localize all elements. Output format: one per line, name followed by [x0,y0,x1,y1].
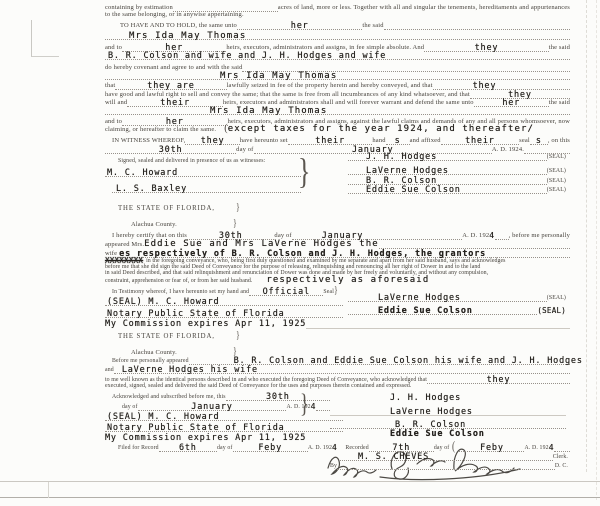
printed-text: day of [236,146,253,154]
document-line: Eddie Sue Colson(SEAL) [348,185,566,194]
form-field-filled: Official [249,286,323,296]
typed-entry: B. R. Colson and wife and J. H. Hodges a… [108,52,386,61]
typed-entry: Eddie Sue Colson [366,186,461,195]
printed-text: (SEAL) [547,167,566,175]
document-line: ByD. C. [330,461,568,470]
document-line: L. S. Baxley [112,184,301,193]
brace-mark: } [334,284,338,296]
printed-text: A. D. 192 [308,444,332,452]
document-line: LaVerne Hodges(SEAL) [348,166,566,175]
form-field-filled: January [138,401,287,411]
form-field-filled: LaVerne Hodges his wife [114,364,570,374]
typed-entry: 6th [179,444,197,453]
printed-text: In Testimony whereof, I have hereunto se… [112,288,249,296]
next-page-top-edge [0,497,600,498]
typed-entry: Mrs Ida May Thomas [210,107,327,116]
form-field-filled: 30th [105,144,236,154]
printed-text: that [105,82,115,90]
printed-text: to the same belonging, or in anywise app… [105,11,244,19]
document-line: M. C. Howard [105,168,301,177]
spacer [252,284,266,285]
typed-entry: except taxes for the year 1924, and ther… [228,125,534,134]
typed-entry: (SEAL) M. C. Howard [107,413,219,422]
document-line: to the same belonging, or in anywise app… [105,10,570,19]
document-line: LaVerne Hodges(SEAL) [348,293,566,302]
form-field-filled: Eddie Sue Colson [348,305,537,315]
document-line: Mrs Ida May Thomas [105,31,570,40]
printed-text: claiming, or hereafter to claim the same… [105,126,216,134]
typed-entry: Notary Public State of Florida [107,310,285,319]
form-field-filled: Eddie Sue Colson [348,184,547,194]
typed-entry: LaVerne Hodges [390,408,473,417]
typed-entry: J. H. Hodges [390,394,461,403]
form-field-filled: LaVerne Hodges [348,292,547,302]
typed-entry: Mrs Ida May Thomas [129,32,246,41]
document-line: (SEAL) M. C. Howard [105,297,343,306]
document-line: Eddie Sue Colson(SEAL) [348,306,566,315]
printed-text: (SEAL) [547,186,566,194]
document-line: TO HAVE AND TO HOLD, the same untoherthe… [120,21,570,30]
printed-text: lawfully seized in fee of the property h… [227,82,433,90]
next-page-left-edge [48,482,49,498]
printed-text: (SEAL) [547,177,566,185]
typed-entry: Notary Public State of Florida [107,424,285,433]
form-field-filled: Notary Public State of Florida [105,422,343,432]
printed-text: THE STATE OF FLORIDA, [118,333,215,341]
form-field-filled: Mrs Ida May Thomas [105,105,570,115]
brace-mark: } [233,217,237,229]
printed-text: THE STATE OF FLORIDA, [118,205,215,213]
form-field-filled: 30th [226,391,330,401]
form-field-filled: Mrs Ida May Thomas [105,70,570,80]
typed-entry: Feby [258,444,282,453]
printed-text: (SEAL) [547,294,566,302]
document-line: executed, signed, sealed and delivered t… [105,383,570,390]
printed-text: Filed for Record [118,444,159,452]
document-line: claiming, or hereafter to claim the same… [105,125,570,134]
deed-document-page: containing by estimationacres of land, m… [0,0,600,506]
printed-text: Seal [323,288,334,296]
form-field-filled: 6th [159,442,217,452]
brace-mark: } [298,152,310,190]
brace-mark: ( [452,439,455,453]
document-line: THE STATE OF FLORIDA, [118,204,570,213]
form-field-filled: Mrs Ida May Thomas [105,30,570,40]
printed-text: day of [122,403,138,411]
printed-text: Signed, sealed and delivered in presence… [118,157,265,165]
printed-text: Alachua County. [131,221,177,229]
printed-text: executed, signed, sealed and delivered t… [105,382,411,390]
typed-entry: L. S. Baxley [116,185,187,194]
form-field-filled: Notary Public State of Florida [105,308,343,318]
brace-mark: } [236,201,240,213]
dotted-leader [554,442,570,452]
document-line: Acknowledged and subscribed before me, t… [112,392,330,401]
form-field-filled: B. R. Colson [330,419,566,429]
typed-entry: LaVerne Hodges his wife [122,366,258,375]
form-field-filled: Feby [233,442,308,452]
typed-entry: LaVerne Hodges [378,294,461,303]
printed-text: the said [362,22,383,30]
document-line: J. H. Hodges [390,394,570,403]
typed-entry: M. C. Howard [107,169,178,178]
form-field-filled: her [237,20,362,30]
printed-text: day of [217,444,233,452]
typed-entry: My Commission expires Apr 11, 1925 [105,320,306,329]
document-line: Mrs Ida May Thomas [105,106,570,115]
printed-text: (SEAL) [547,153,566,161]
form-field-filled: B. R. Colson and wife and J. H. Hodges a… [105,50,570,60]
typed-entry: 30th [159,146,183,155]
form-field-filled: M. C. Howard [105,167,301,177]
document-line: Notary Public State of Florida [105,423,343,432]
document-line: THE STATE OF FLORIDA, [118,332,570,341]
dotted-leader [306,319,570,329]
document-line: Signed, sealed and delivered in presence… [118,156,294,165]
printed-text: Acknowledged and subscribed before me, t… [112,393,226,401]
dotted-leader [337,460,555,470]
document-line: J. H. Hodges(SEAL) [348,152,566,161]
typed-entry: respectively as aforesaid [266,276,429,285]
printed-text: Clerk. [553,453,568,461]
printed-text: TO HAVE AND TO HOLD, the same unto [120,22,237,30]
document-line: Mrs Ida May Thomas [105,71,570,80]
dotted-leader [316,401,330,411]
typed-entry: Mrs Ida May Thomas [220,72,337,81]
dotted-leader [384,20,570,30]
document-line: My Commission expires Apr 11, 1925 [105,320,570,329]
document-line: andLaVerne Hodges his wife [105,365,570,374]
document-line: Alachua County. [131,220,570,229]
typed-entry: (SEAL) M. C. Howard [107,298,219,307]
document-line: LaVerne Hodges [330,407,566,416]
document-line: day ofJanuaryA. D. 1924 [122,402,330,411]
document-line: B. R. Colson and wife and J. H. Hodges a… [105,51,570,60]
scan-edge-dashes-right [586,0,587,472]
brace-mark: } [236,329,240,341]
form-field-filled: LaVerne Hodges [330,406,566,416]
spacer [216,133,224,134]
brace-mark: } [233,345,237,357]
brace-mark: } [300,390,309,417]
form-field-filled: J. H. Hodges [348,151,547,161]
form-field-filled: L. S. Baxley [112,183,301,193]
form-field-filled: LaVerne Hodges [348,165,547,175]
printed-text: D. C. [555,462,568,470]
margin-pencil-mark [31,20,59,57]
document-line: B. R. Colson [330,420,566,429]
form-field-filled: (SEAL) M. C. Howard [105,296,343,306]
typed-entry: (SEAL) [537,306,566,315]
printed-text: and [105,366,114,374]
printed-text: By [330,462,337,470]
typed-entry: J. H. Hodges [366,153,437,162]
typed-entry: Eddie Sue Colson [378,307,473,316]
document-line: In Testimony whereof, I have hereunto se… [112,287,334,296]
document-line: Notary Public State of Florida [105,309,343,318]
form-field-filled: they are [115,80,226,90]
scan-edge-dashes-right-2 [596,0,597,500]
printed-text: constraint, apprehension or fear of, or … [105,277,252,285]
